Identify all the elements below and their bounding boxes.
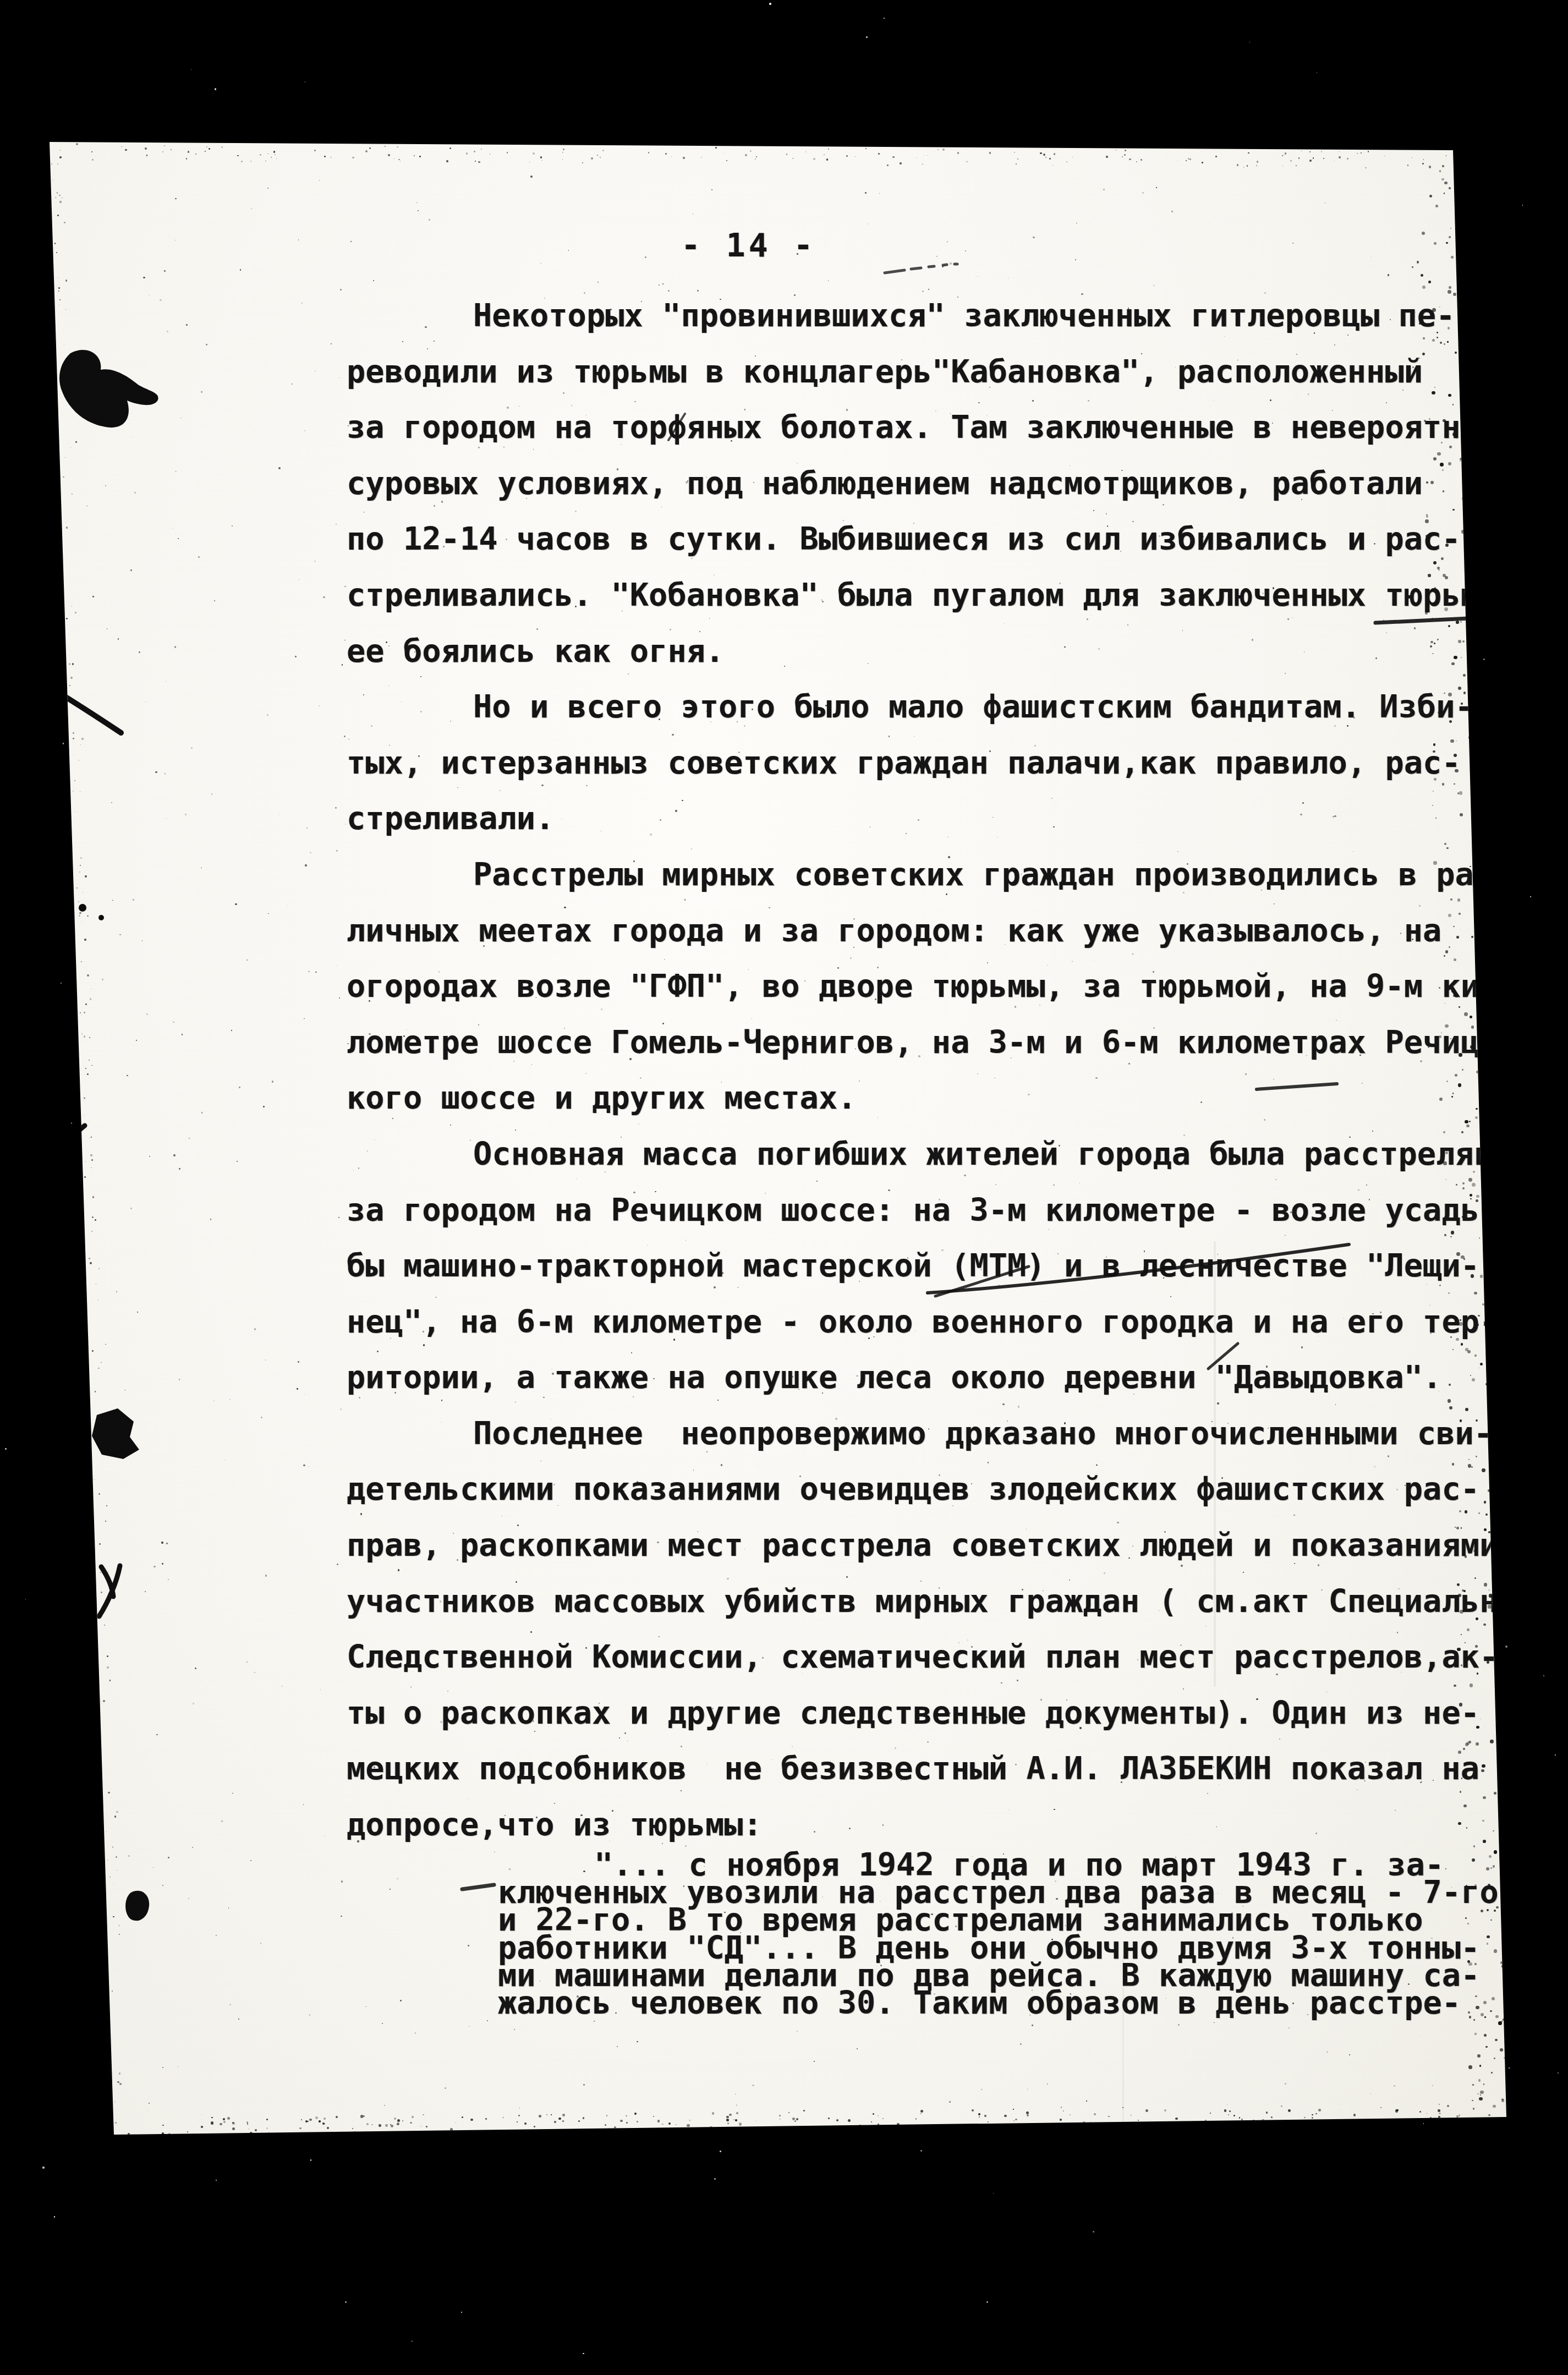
typed-line: прав, раскопками мест расстрела советски…	[347, 1518, 1536, 1574]
typed-line: стреливали.	[347, 791, 1536, 847]
typed-line: лометре шоссе Гомель-Чернигов, на 3-м и …	[347, 1015, 1536, 1071]
typed-line: Основная масса погибших жителей города б…	[347, 1127, 1536, 1183]
typed-line: по 12-14 часов в сутки. Выбившиеся из си…	[347, 512, 1536, 568]
typed-line: ритории, а также на опушке леса около де…	[347, 1350, 1536, 1406]
typed-line: реводили из тюрьмы в концлагерь"Кабановк…	[347, 344, 1536, 401]
typed-text-body: Некоторых "провинившихся" заключенных ги…	[347, 288, 1536, 1853]
page-number: - 14 -	[681, 227, 816, 264]
typed-line: Расстрелы мирных советских граждан произ…	[347, 847, 1536, 903]
typed-line: детельскими показаниями очевидцев злодей…	[347, 1462, 1536, 1518]
typed-quote-block: "... с ноября 1942 года и по март 1943 г…	[498, 1851, 1499, 2017]
typed-line: Некоторых "провинившихся" заключенных ги…	[347, 288, 1536, 344]
quote-line: жалось человек по 30. Таким образом в де…	[498, 1989, 1499, 2017]
scanned-document: - 14 - Некоторых "провинившихся" заключе…	[0, 0, 1568, 2375]
typed-line: Последнее неопровержимо дрказано многочи…	[347, 1406, 1536, 1462]
typed-line: ее боялись как огня.	[347, 624, 1536, 680]
document-page: - 14 - Некоторых "провинившихся" заключе…	[0, 0, 1568, 2375]
typed-line: тых, истерзанныз советских граждан палач…	[347, 736, 1536, 792]
typed-line: стреливались. "Кобановка" была пугалом д…	[347, 568, 1536, 624]
typed-line: огородах возле "ГФП", во дворе тюрьмы, з…	[347, 959, 1536, 1015]
typed-line: участников массовых убийств мирных гражд…	[347, 1574, 1536, 1630]
typed-line: допросе,что из тюрьмы:	[347, 1797, 1536, 1853]
typed-line: Следственной Комиссии, схематический пла…	[347, 1630, 1536, 1686]
typed-line: личных меетах города и за городом: как у…	[347, 903, 1536, 959]
typed-line: ты о раскопках и другие следственные док…	[347, 1686, 1536, 1742]
typed-line: суровых условиях, под наблюдением надсмо…	[347, 456, 1536, 512]
typed-line: за городом на торфяных болотах. Там закл…	[347, 400, 1536, 456]
typed-line: за городом на Речицком шоссе: на 3-м кил…	[347, 1183, 1536, 1239]
typed-line: кого шоссе и других местах.	[347, 1071, 1536, 1127]
typed-line: мецких подсобников не безизвестный А.И. …	[347, 1741, 1536, 1797]
typed-line: нец", на 6-м километре - около военного …	[347, 1295, 1536, 1351]
typed-line: Но и всего этого было мало фашистским ба…	[347, 679, 1536, 736]
typed-line: бы машино-тракторной мастерской (МТМ) и …	[347, 1238, 1536, 1295]
